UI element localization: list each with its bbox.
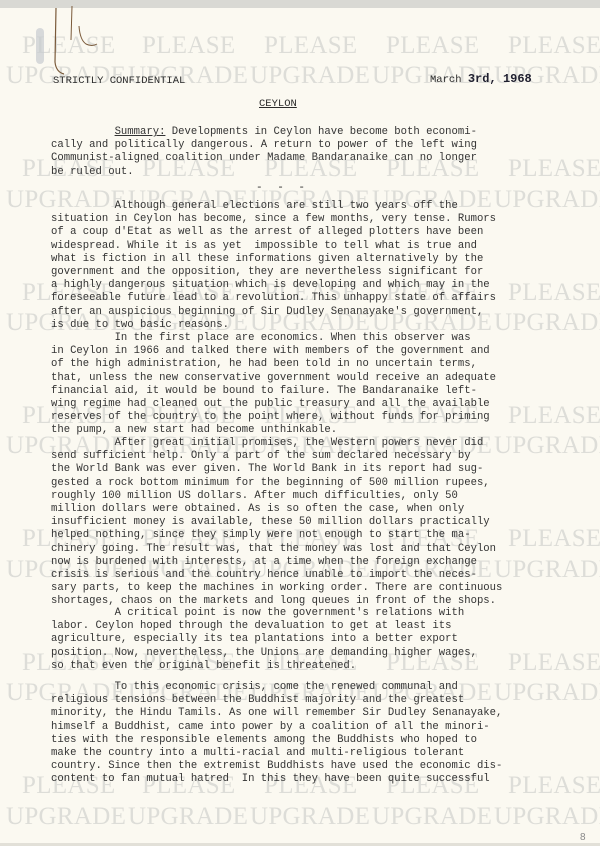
body-paragraph-3: After great initial promises, the Wester… xyxy=(51,437,581,609)
date-day: 3rd, xyxy=(468,72,497,86)
document-page: STRICTLY CONFIDENTIAL March 3rd, 1968 CE… xyxy=(0,0,600,846)
body-paragraph-2: In the first place are economics. When t… xyxy=(51,332,581,438)
summary-label: Summary: xyxy=(115,126,166,138)
date-month: March xyxy=(430,74,462,86)
handwritten-pen-mark-icon xyxy=(0,0,120,90)
document-date: March 3rd, 1968 xyxy=(430,72,532,86)
date-year: 1968 xyxy=(503,72,532,86)
body-paragraph-5: To this economic crisis, come the renewe… xyxy=(51,681,581,787)
body-paragraph-1: Although general elections are still two… xyxy=(51,200,581,332)
summary-paragraph: Summary: Developments in Ceylon have bec… xyxy=(51,126,581,179)
document-title: CEYLON xyxy=(259,98,297,110)
page-mark: 8 xyxy=(580,832,586,843)
body-paragraph-4: A critical point is now the government's… xyxy=(51,607,581,673)
section-separator: - - - xyxy=(256,182,309,194)
